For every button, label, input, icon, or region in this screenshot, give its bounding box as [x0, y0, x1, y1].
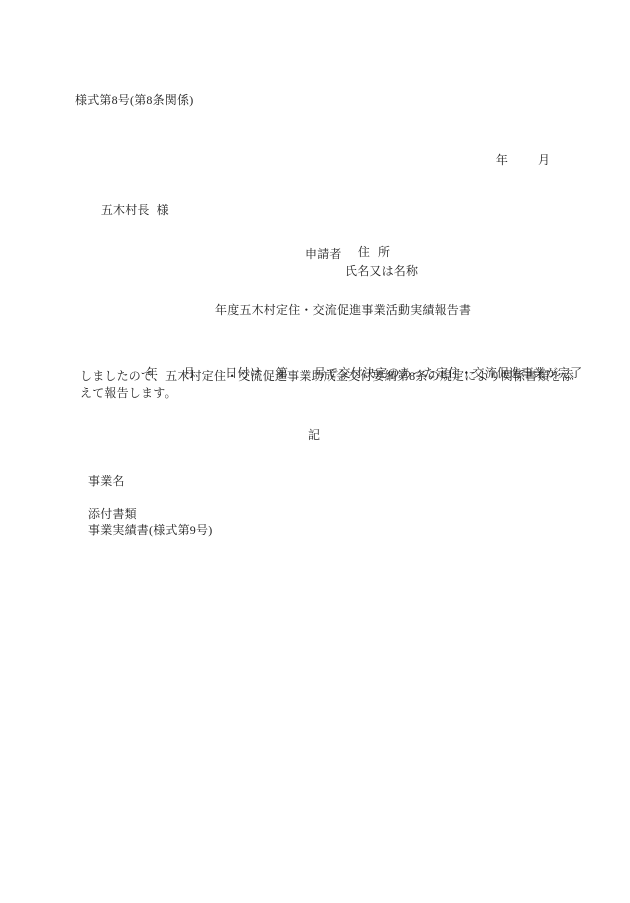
- address-label-part1: 住: [358, 245, 370, 260]
- addressee-line: 五木村長様: [88, 188, 169, 233]
- document-title: 年度五木村定住・交流促進事業活動実績報告書: [215, 303, 471, 318]
- applicant-label: 申請者: [305, 247, 342, 262]
- attachment-doc-label: 事業実績書(様式第9号): [88, 523, 212, 538]
- body-line-2: しましたので、五木村定住・交流促進事業助成金交付要綱第8条の規定により関係書類を…: [80, 369, 574, 384]
- address-label-part2: 所: [378, 245, 390, 260]
- form-number: 様式第8号(第8条関係): [75, 93, 193, 108]
- project-name-label: 事業名: [88, 474, 125, 489]
- applicant-name-label: 氏名又は名称: [345, 264, 418, 279]
- body-line-3: えて報告します。: [80, 386, 177, 401]
- document-page: 様式第8号(第8条関係) 年月 五木村長様 住所 申請者 氏名又は名称 年度五木…: [0, 0, 630, 903]
- addressee-honorific: 様: [157, 203, 169, 218]
- date-year-label: 年: [496, 153, 508, 168]
- ki-marker: 記: [308, 428, 320, 443]
- date-month-label: 月: [538, 153, 550, 168]
- addressee-name: 五木村長: [101, 203, 150, 218]
- date-line: 年月: [483, 138, 550, 183]
- attachments-label: 添付書類: [88, 507, 137, 522]
